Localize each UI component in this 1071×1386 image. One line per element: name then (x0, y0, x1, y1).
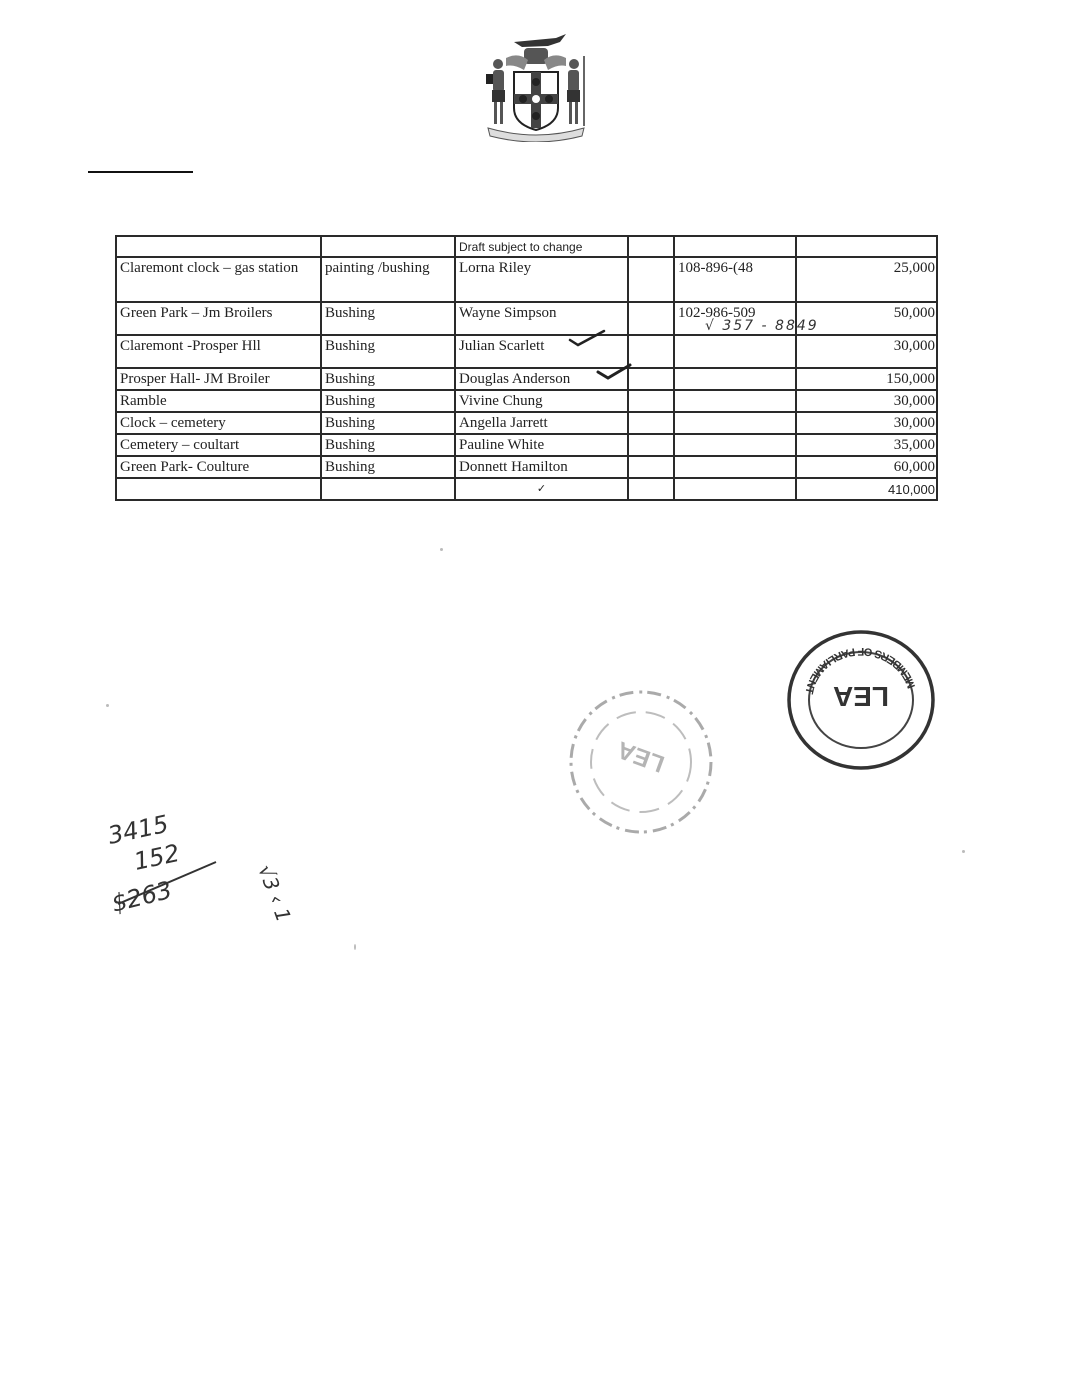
official-stamp: MEMBERS OF PARLIAMENT LEA (785, 628, 937, 773)
checkmark-icon (596, 362, 634, 382)
amount-cell: 35,000 (796, 434, 937, 456)
svg-text:152: 152 (131, 839, 182, 876)
work-type-cell: Bushing (321, 302, 455, 335)
svg-text:√3 ‹ 1: √3 ‹ 1 (253, 862, 296, 926)
id-number-cell (674, 335, 796, 368)
table-row: Prosper Hall- JM BroilerBushingDouglas A… (116, 368, 937, 390)
scan-speck (962, 850, 965, 853)
scan-speck (106, 704, 109, 707)
table-row: Cemetery – coultartBushingPauline White3… (116, 434, 937, 456)
id-number-cell: 108-896-(48 (674, 257, 796, 302)
location-cell: Green Park- Coulture (116, 456, 321, 478)
location-cell: Clock – cemetery (116, 412, 321, 434)
amount-cell: 30,000 (796, 390, 937, 412)
work-type-cell: Bushing (321, 412, 455, 434)
location-cell: Claremont clock – gas station (116, 257, 321, 302)
official-stamp: LEA (567, 688, 715, 836)
work-type-cell: painting /bushing (321, 257, 455, 302)
handwritten-phone-note: √ 357 - 8849 (705, 318, 819, 334)
work-type-cell: Bushing (321, 368, 455, 390)
blank-cell (628, 434, 674, 456)
blank-cell (628, 412, 674, 434)
table-row: Claremont -Prosper HllBushingJulian Scar… (116, 335, 937, 368)
table-row: RambleBushingVivine Chung30,000 (116, 390, 937, 412)
worker-name-cell: Pauline White (455, 434, 628, 456)
blank-cell (628, 335, 674, 368)
amount-cell: 25,000 (796, 257, 937, 302)
work-type-cell: Bushing (321, 390, 455, 412)
work-assignment-table: Draft subject to change Claremont clock … (115, 235, 938, 501)
total-amount: 410,000 (796, 478, 937, 500)
id-number-cell (674, 412, 796, 434)
id-number-cell (674, 434, 796, 456)
blank-cell (628, 302, 674, 335)
id-number-cell (674, 390, 796, 412)
total-row: ✓410,000 (116, 478, 937, 500)
checkmark-icon (568, 328, 606, 348)
amount-cell: 30,000 (796, 412, 937, 434)
location-cell: Ramble (116, 390, 321, 412)
table-header-row: Draft subject to change (116, 236, 937, 257)
id-number-cell (674, 368, 796, 390)
blank-cell (628, 368, 674, 390)
handwritten-calculation: 3415 152 $263 √3 ‹ 1 (108, 800, 328, 950)
blank-cell (628, 390, 674, 412)
location-cell: Cemetery – coultart (116, 434, 321, 456)
draft-note: Draft subject to change (455, 236, 628, 257)
table-row: Green Park- CoultureBushingDonnett Hamil… (116, 456, 937, 478)
work-type-cell: Bushing (321, 456, 455, 478)
worker-name-cell: Lorna Riley (455, 257, 628, 302)
location-cell: Prosper Hall- JM Broiler (116, 368, 321, 390)
scan-speck (354, 944, 356, 950)
worker-name-cell: Vivine Chung (455, 390, 628, 412)
worker-name-cell: Angella Jarrett (455, 412, 628, 434)
table-row: Clock – cemeteryBushingAngella Jarrett30… (116, 412, 937, 434)
amount-cell: 150,000 (796, 368, 937, 390)
table-row: Claremont clock – gas stationpainting /b… (116, 257, 937, 302)
svg-text:$263: $263 (109, 876, 175, 918)
heading-underline (88, 171, 193, 173)
coat-of-arms-emblem (478, 30, 594, 142)
id-number-cell (674, 456, 796, 478)
location-cell: Green Park – Jm Broilers (116, 302, 321, 335)
scan-speck (440, 548, 443, 551)
blank-cell (628, 456, 674, 478)
location-cell: Claremont -Prosper Hll (116, 335, 321, 368)
total-checkmark: ✓ (455, 478, 628, 500)
amount-cell: 60,000 (796, 456, 937, 478)
amount-cell: 30,000 (796, 335, 937, 368)
worker-name-cell: Donnett Hamilton (455, 456, 628, 478)
work-type-cell: Bushing (321, 434, 455, 456)
blank-cell (628, 257, 674, 302)
work-type-cell: Bushing (321, 335, 455, 368)
